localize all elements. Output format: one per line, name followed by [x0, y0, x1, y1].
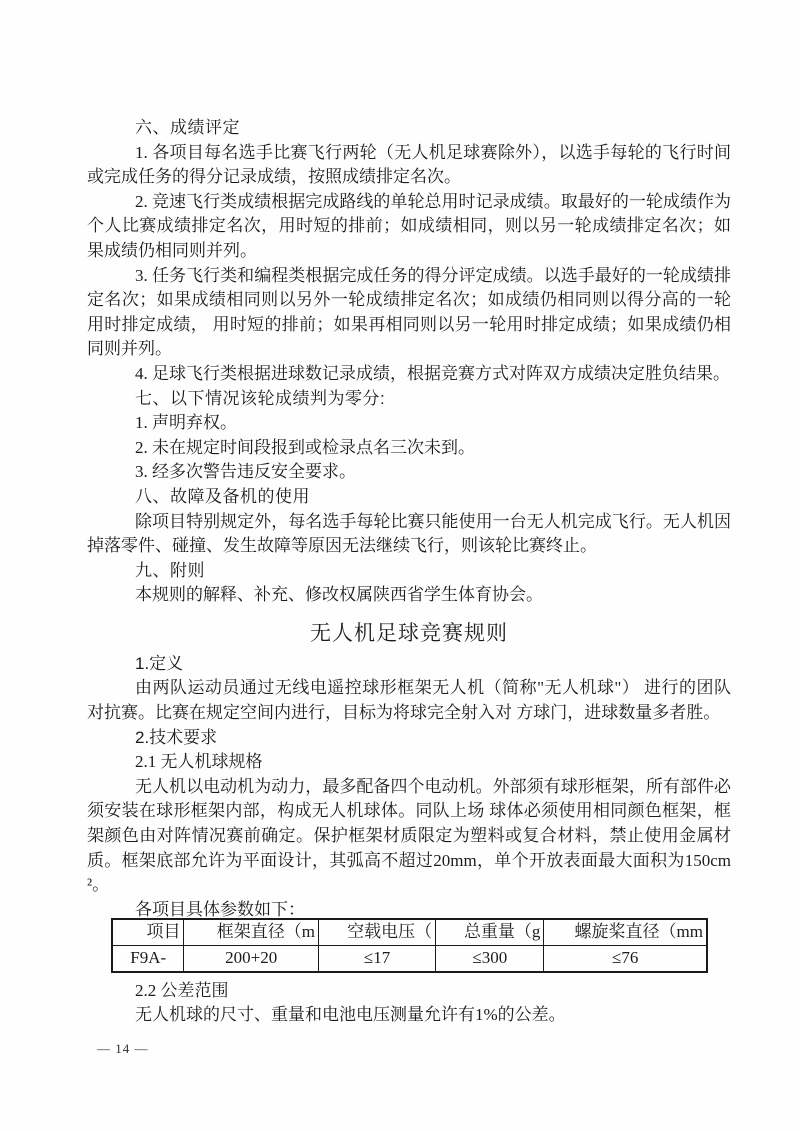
paragraph-8-1: 除项目特别规定外，每名选手每轮比赛只能使用一台无人机完成飞行。无人机因掉落零件、… — [87, 510, 731, 559]
paragraph-tolerance: 无人机球的尺寸、重量和电池电压测量允许有1%的公差。 — [87, 1003, 731, 1028]
spec-table-data-row: F9A- 200+20 ≤17 ≤300 ≤76 — [112, 946, 707, 972]
spec-cell-weight: ≤300 — [436, 946, 544, 972]
subsection-heading-2-1: 2.1 无人机球规格 — [87, 750, 731, 775]
section-heading-6: 六、成绩评定 — [87, 116, 731, 141]
paragraph-6-1: 1. 各项目每名选手比赛飞行两轮（无人机足球赛除外），以选手每轮的飞行时间或完成… — [87, 141, 731, 190]
spec-cell-volt: ≤17 — [318, 946, 435, 972]
spec-table-header-frame: 框架直径（m — [184, 919, 318, 945]
paragraph-6-3: 3. 任务飞行类和编程类根据完成任务的得分评定成绩。以选手最好的一轮成绩排定名次… — [87, 264, 731, 362]
paragraph-spec-1: 无人机以电动机为动力，最多配备四个电动机。外部须有球形框架，所有部件必须安装在球… — [87, 775, 731, 898]
spec-table-header-weight: 总重量（g — [436, 919, 544, 945]
subsection-heading-2-2: 2.2 公差范围 — [87, 979, 731, 1004]
spec-table-header-volt: 空载电压（ — [318, 919, 435, 945]
paragraph-def-1: 由两队运动员通过无线电遥控球形框架无人机（简称"无人机球"） 进行的团队对抗赛。… — [87, 676, 731, 725]
spec-cell-item: F9A- — [112, 946, 184, 972]
section-heading-def: 1.定义 — [87, 652, 731, 677]
document-page: 六、成绩评定 1. 各项目每名选手比赛飞行两轮（无人机足球赛除外），以选手每轮的… — [0, 0, 800, 1131]
spec-table-header-row: 项目 框架直径（m 空载电压（ 总重量（g 螺旋桨直径（mm — [112, 919, 707, 945]
section-heading-tech: 2.技术要求 — [87, 726, 731, 751]
list-item-7-1: 1. 声明弃权。 — [87, 411, 731, 436]
list-item-7-3: 3. 经多次警告违反安全要求。 — [87, 460, 731, 485]
spec-table-header-item: 项目 — [112, 919, 184, 945]
list-item-7-2: 2. 未在规定时间段报到或检录点名三次未到。 — [87, 436, 731, 461]
paragraph-6-2: 2. 竞速飞行类成绩根据完成路线的单轮总用时记录成绩。取最好的一轮成绩作为个人比… — [87, 190, 731, 264]
paragraph-9-1: 本规则的解释、补充、修改权属陕西省学生体育协会。 — [87, 583, 731, 608]
section-heading-8: 八、故障及备机的使用 — [87, 485, 731, 510]
spec-cell-frame: 200+20 — [184, 946, 318, 972]
page-content: 六、成绩评定 1. 各项目每名选手比赛飞行两轮（无人机足球赛除外），以选手每轮的… — [87, 116, 731, 1028]
section-heading-9: 九、附则 — [87, 559, 731, 584]
chapter-title: 无人机足球竞赛规则 — [87, 620, 731, 648]
paragraph-6-4: 4. 足球飞行类根据进球数记录成绩，根据竞赛方式对阵双方成绩决定胜负结果。 — [87, 362, 731, 387]
spec-cell-prop: ≤76 — [544, 946, 707, 972]
spec-table: 项目 框架直径（m 空载电压（ 总重量（g 螺旋桨直径（mm F9A- 200+… — [111, 918, 708, 972]
spec-table-header-prop: 螺旋桨直径（mm — [544, 919, 707, 945]
footer-page-number: — 14 — — [97, 1041, 149, 1057]
section-heading-7: 七、以下情况该轮成绩判为零分: — [87, 387, 731, 412]
